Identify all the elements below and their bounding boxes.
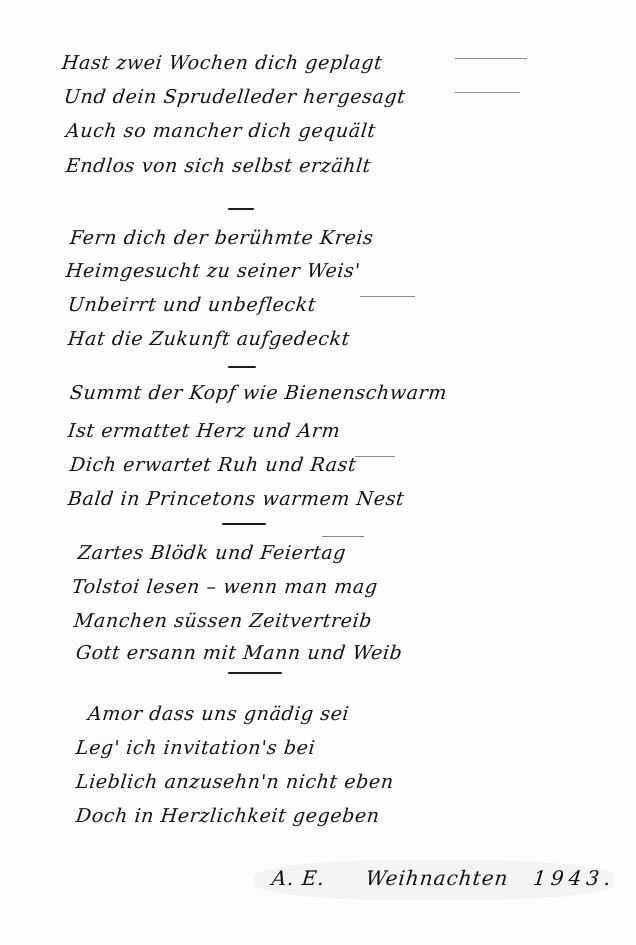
- poem-line: Dich erwartet Ruh und Rast: [69, 454, 358, 476]
- poem-line: Fern dich der berühmte Kreis: [69, 227, 375, 249]
- poem-line: Heimgesucht zu seiner Weis': [65, 260, 362, 282]
- poem-line: Amor dass uns gnädig sei: [87, 703, 351, 725]
- poem-line: Leg' ich invitation's bei: [75, 737, 317, 759]
- poem-line: Lieblich anzusehn'n nicht eben: [75, 771, 395, 793]
- poem-line: Unbeirrt und unbefleckt: [67, 294, 317, 316]
- poem-line: Bald in Princetons warmem Nest: [67, 488, 406, 510]
- poem-line: Gott ersann mit Mann und Weib: [75, 642, 404, 664]
- signature-initials: A. E.: [271, 866, 327, 890]
- signature: A. E. Weihnachten 1943.: [271, 866, 617, 890]
- signature-occasion: Weihnachten: [365, 866, 510, 890]
- poem-line: Tolstoi lesen – wenn man mag: [71, 576, 379, 598]
- stanza-divider: [228, 208, 254, 210]
- poem-line: Manchen süssen Zeitvertreib: [73, 610, 373, 632]
- poem-line: Und dein Sprudelleder hergesagt: [63, 86, 407, 108]
- stanza-divider: [222, 523, 266, 525]
- poem-line: Hat die Zukunft aufgedeckt: [67, 328, 351, 350]
- signature-year: 1943.: [532, 866, 617, 890]
- poem-line: Endlos von sich selbst erzählt: [65, 155, 372, 177]
- poem-line: Summt der Kopf wie Bienenschwarm: [69, 382, 448, 404]
- letter-page: Hast zwei Wochen dich geplagt Und dein S…: [0, 0, 636, 945]
- pen-stroke: [455, 58, 527, 59]
- poem-line: Doch in Herzlichkeit gegeben: [75, 805, 381, 827]
- pen-stroke: [360, 296, 415, 297]
- stanza-divider: [228, 672, 282, 674]
- poem-line: Zartes Blödk und Feiertag: [77, 542, 347, 564]
- pen-stroke: [355, 456, 395, 457]
- poem-line: Auch so mancher dich gequält: [65, 120, 377, 142]
- stanza-divider: [228, 366, 256, 368]
- poem-line: Ist ermattet Herz und Arm: [67, 420, 342, 442]
- pen-stroke: [322, 536, 364, 537]
- pen-stroke: [455, 92, 520, 93]
- poem-line: Hast zwei Wochen dich geplagt: [61, 52, 384, 74]
